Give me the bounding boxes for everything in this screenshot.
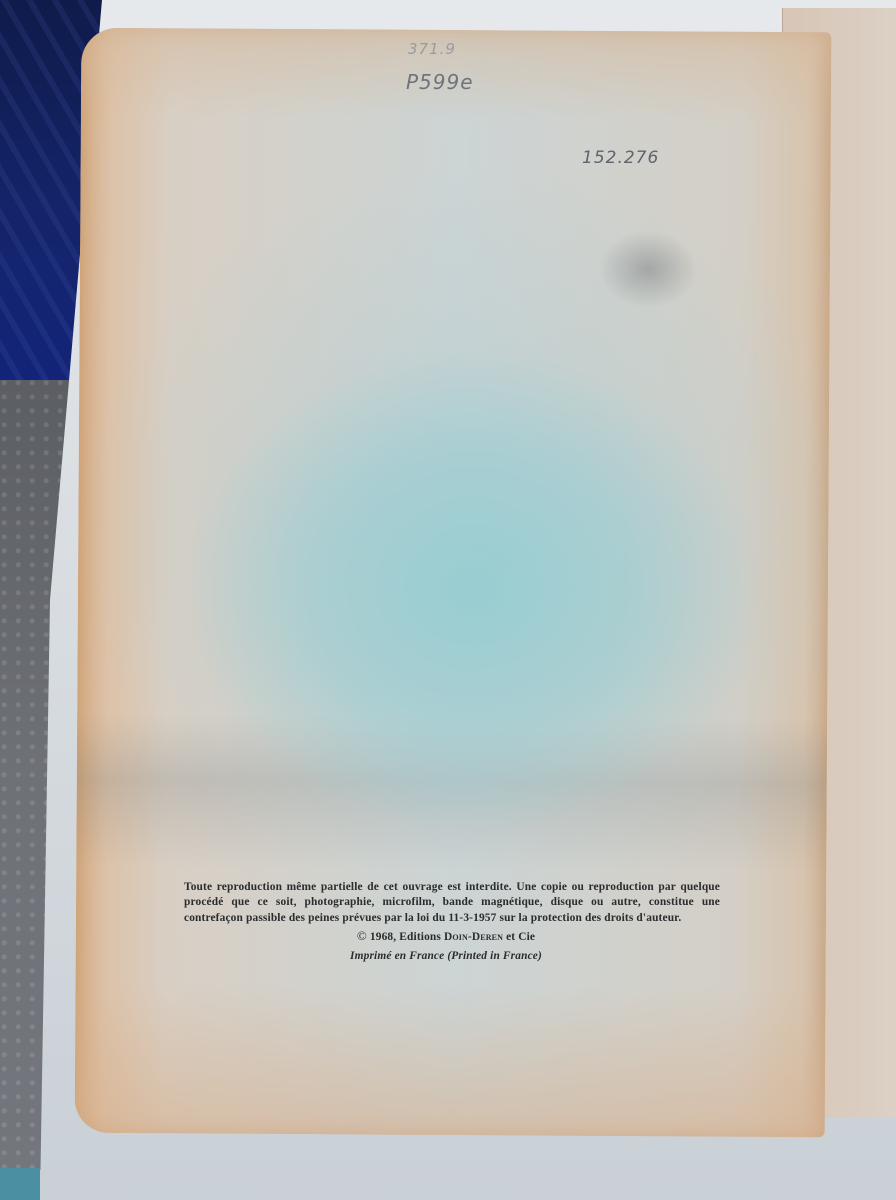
page-stain-bottom <box>75 983 826 1138</box>
copyright-icon: © <box>357 928 367 943</box>
background-teal-corner <box>0 1168 40 1200</box>
book-page <box>75 28 832 1138</box>
copyright-year: 1968, <box>370 931 396 943</box>
handwritten-inventory-number: 152.276 <box>582 148 659 168</box>
publisher-suffix: et Cie <box>506 931 535 943</box>
publisher-prefix: Editions <box>399 931 441 943</box>
handwritten-call-number-line1: 371.9 <box>408 40 456 58</box>
handwritten-call-number-line2: P599e <box>406 70 474 94</box>
notice-line-1: Toute reproduction même partielle de cet… <box>184 881 584 893</box>
publisher-name: Doin-Deren <box>444 931 503 943</box>
notice-line-4: par la loi du 11-3-1957 sur la protectio… <box>384 912 681 924</box>
printed-in-line: Imprimé en France (Printed in France) <box>184 949 720 964</box>
copyright-notice: Toute reproduction même partielle de cet… <box>184 880 720 926</box>
publisher-line: © 1968, Editions Doin-Deren et Cie <box>184 928 720 945</box>
copyright-block: Toute reproduction même partielle de cet… <box>184 880 720 964</box>
